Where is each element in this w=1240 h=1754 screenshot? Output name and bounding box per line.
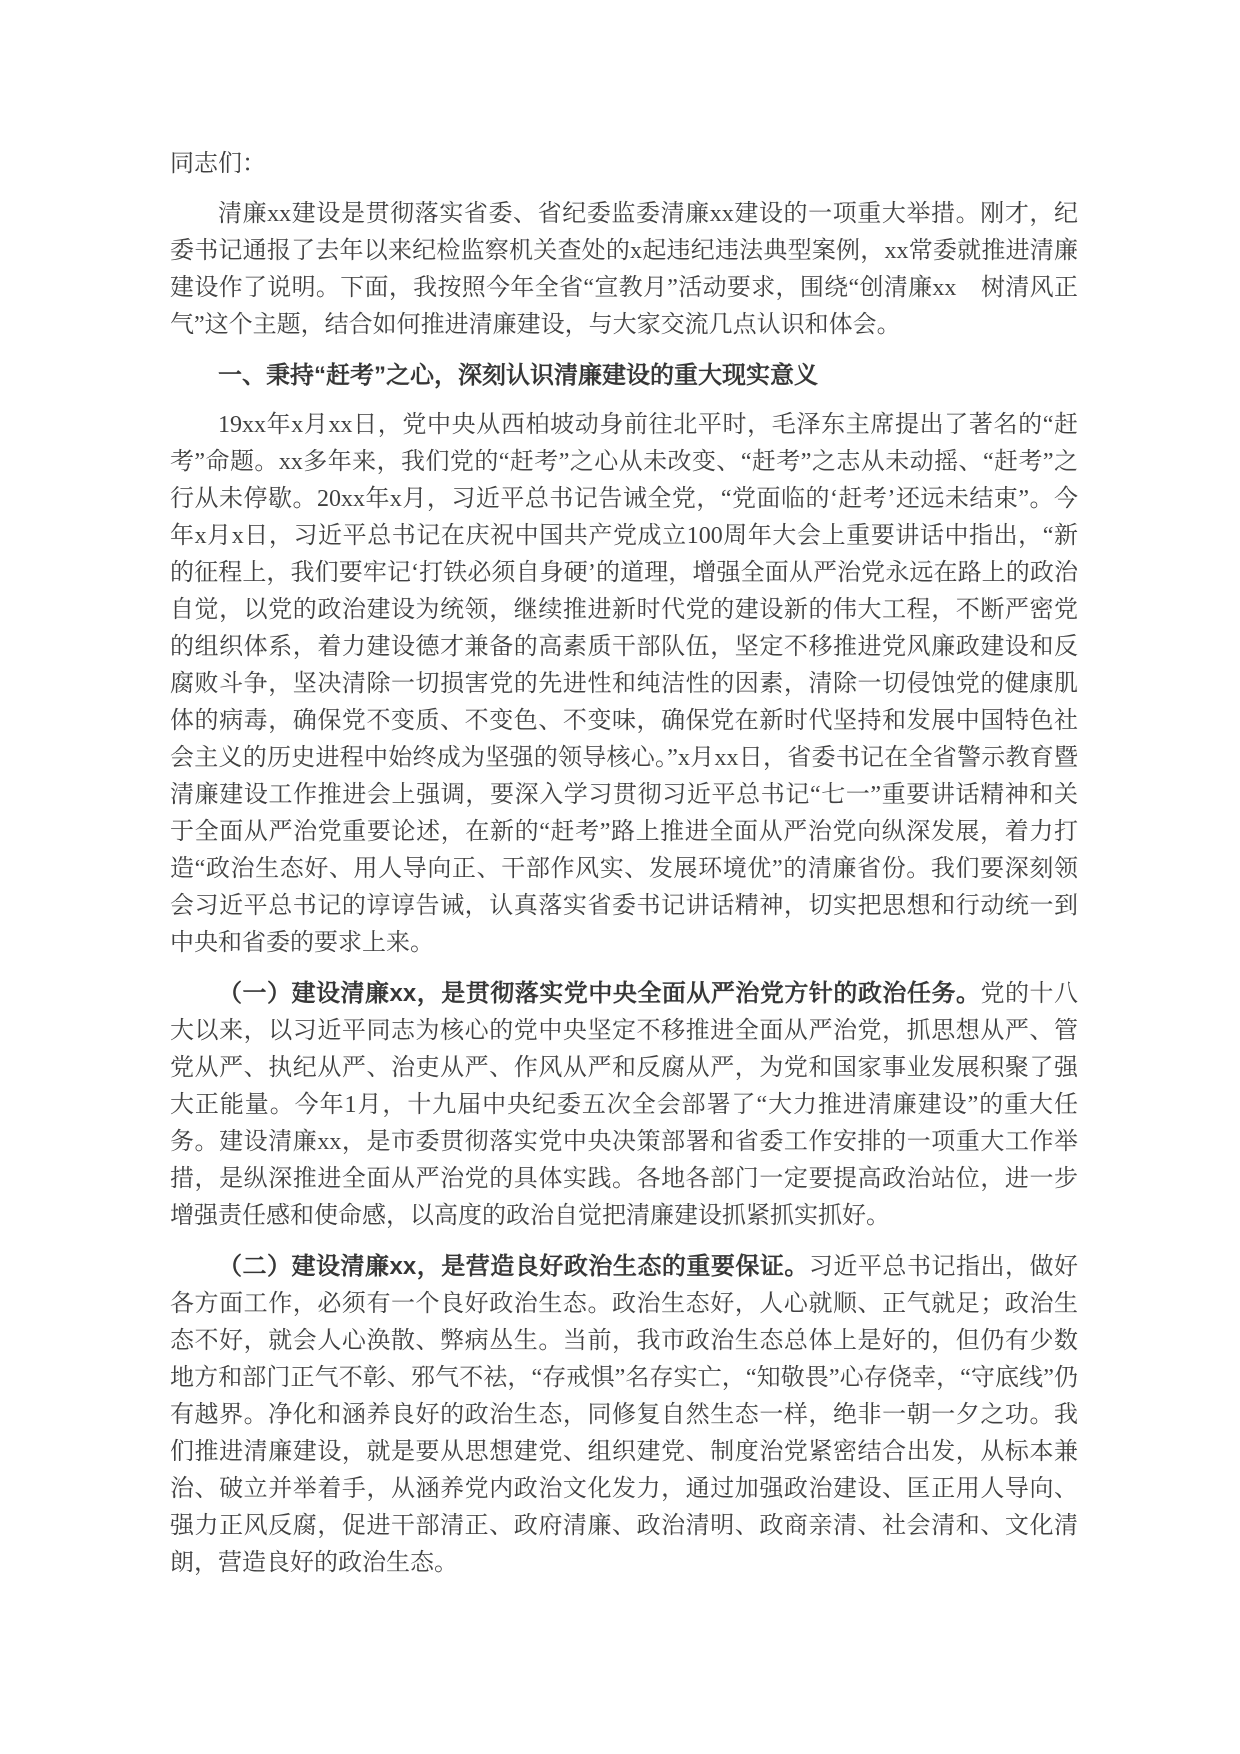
subsection-2-paragraph: （二）建设清廉xx，是营造良好政治生态的重要保证。习近平总书记指出，做好各方面工… (170, 1248, 1078, 1582)
subsection-2-body: 习近平总书记指出，做好各方面工作，必须有一个良好政治生态。政治生态好，人心就顺、… (170, 1254, 1078, 1576)
salutation: 同志们： (170, 146, 1078, 183)
subsection-2-lead: （二）建设清廉xx，是营造良好政治生态的重要保证。 (218, 1253, 809, 1280)
document-body: 同志们： 清廉xx建设是贯彻落实省委、省纪委监委清廉xx建设的一项重大举措。刚才… (170, 146, 1078, 1595)
section-1-paragraph: 19xx年x月xx日，党中央从西柏坡动身前往北平时，毛泽东主席提出了著名的“赶考… (170, 407, 1078, 962)
subsection-1-body: 党的十八大以来，以习近平同志为核心的党中央坚定不移推进全面从严治党，抓思想从严、… (170, 981, 1078, 1229)
document-page: 同志们： 清廉xx建设是贯彻落实省委、省纪委监委清廉xx建设的一项重大举措。刚才… (0, 0, 1240, 1754)
section-1-heading: 一、秉持“赶考”之心，深刻认识清廉建设的重大现实意义 (170, 357, 1078, 394)
intro-paragraph: 清廉xx建设是贯彻落实省委、省纪委监委清廉xx建设的一项重大举措。刚才，纪委书记… (170, 196, 1078, 344)
subsection-1-paragraph: （一）建设清廉xx，是贯彻落实党中央全面从严治党方针的政治任务。党的十八大以来，… (170, 975, 1078, 1235)
subsection-1-lead: （一）建设清廉xx，是贯彻落实党中央全面从严治党方针的政治任务。 (218, 980, 980, 1007)
